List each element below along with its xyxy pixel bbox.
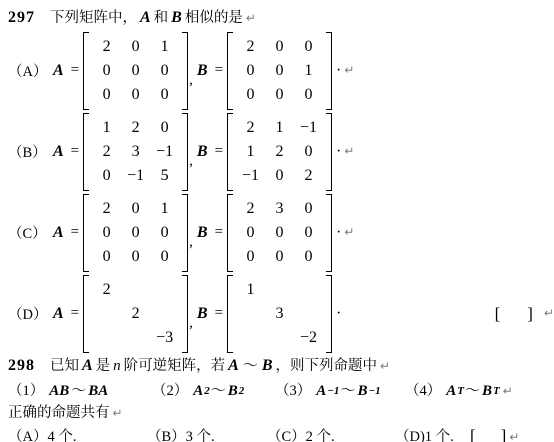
matrix-cell: 0 (121, 245, 150, 269)
matrix-cell (294, 302, 323, 326)
proposition-label: （1） (8, 379, 44, 400)
matrix-a: 12023−10−15 (83, 113, 188, 191)
matrix-b: 13−2 (227, 275, 332, 353)
matrix-cell: 0 (294, 197, 323, 221)
matrix-cell: 0 (265, 59, 294, 83)
variable-a: A (53, 143, 64, 161)
equals-sign: = (71, 224, 79, 241)
equals-sign: = (71, 62, 79, 79)
option-row-a: （A） A = 201000000 , B = 200001000 · ↵ (8, 30, 554, 111)
paragraph-mark-icon: ↵ (246, 11, 256, 26)
variable-a: A (53, 224, 64, 242)
matrix-cell: 3 (121, 140, 150, 164)
option-label: （C） (8, 222, 50, 243)
matrix-a: 201000000 (83, 194, 188, 272)
matrix-cell: 0 (92, 59, 121, 83)
math-term: A (193, 383, 203, 400)
answer-box-close: ] (527, 304, 533, 323)
math-term: AB (49, 383, 69, 400)
answer-box-close: ] (501, 426, 507, 442)
variable-b: B (262, 357, 273, 375)
math-term: B (482, 383, 492, 400)
stem-text: 下列矩阵中， (50, 6, 137, 27)
option-row-c: （C） A = 201000000 , B = 230000000 · ↵ (8, 192, 554, 273)
stem-text: ，则下列命题中 (276, 354, 378, 375)
period-mark: · (336, 305, 341, 323)
matrix-bracket-right (326, 32, 332, 110)
matrix-cell: 0 (265, 164, 294, 188)
stem-text: 相似的是 (185, 6, 243, 27)
variable-a: A (82, 357, 93, 375)
matrix-grid: 13−2 (233, 275, 326, 353)
option-row-b: （B） A = 12023−10−15 , B = 21−1120−102 · … (8, 111, 554, 192)
similarity-tilde: ～ (340, 379, 355, 400)
superscript: 2 (204, 385, 210, 397)
matrix-cell: 1 (150, 197, 179, 221)
superscript: 2 (239, 385, 245, 397)
matrix-cell (236, 302, 265, 326)
matrix-cell: 2 (294, 164, 323, 188)
matrix-cell: 0 (294, 140, 323, 164)
math-term: B (228, 383, 238, 400)
matrix-cell: 2 (236, 116, 265, 140)
variable-b: B (197, 305, 208, 323)
matrix-cell (92, 326, 121, 350)
answer-box: [] (470, 426, 506, 442)
variable-a: A (228, 357, 239, 375)
matrix-cell: 0 (150, 83, 179, 107)
matrix-grid: 230000000 (233, 194, 326, 272)
option-label: （D） (8, 303, 50, 324)
matrix-cell: 3 (265, 302, 294, 326)
matrix-cell: 2 (265, 140, 294, 164)
matrix-cell: 0 (265, 245, 294, 269)
matrix-cell: 0 (150, 245, 179, 269)
matrix-grid: 22−3 (89, 275, 182, 353)
variable-b: B (197, 143, 208, 161)
matrix-cell: 1 (92, 116, 121, 140)
math-term: A (316, 383, 326, 400)
matrix-bracket-right (326, 275, 332, 353)
equals-sign: = (215, 62, 223, 79)
equals-sign: = (215, 224, 223, 241)
question-298-followup: 正确的命题共有 ↵ (8, 401, 554, 421)
matrix-cell: 0 (121, 59, 150, 83)
matrix-bracket-right (326, 113, 332, 191)
answer-box: [] (495, 304, 533, 324)
similarity-tilde: ～ (211, 379, 226, 400)
matrix-bracket-right (182, 113, 188, 191)
matrix-cell: 0 (92, 221, 121, 245)
matrix-cell: 2 (92, 278, 121, 302)
variable-a: A (53, 305, 64, 323)
matrix-cell: 0 (236, 83, 265, 107)
option-row-d: （D） A = 22−3 , B = 13−2 · [] ↵ (8, 273, 554, 354)
period-mark: · (336, 143, 341, 161)
answer-choice-d: （D)1 个. (395, 425, 470, 442)
matrix-cell: 0 (236, 245, 265, 269)
comma-separator: , (189, 315, 193, 354)
matrix-cell: −1 (121, 164, 150, 188)
answer-box-open: [ (495, 304, 501, 323)
matrix-cell: 2 (121, 116, 150, 140)
matrix-bracket-right (326, 194, 332, 272)
matrix-cell: 3 (265, 197, 294, 221)
matrix-cell: 1 (294, 59, 323, 83)
matrix-cell: 2 (92, 140, 121, 164)
matrix-cell (236, 326, 265, 350)
comma-separator: , (189, 234, 193, 273)
matrix-grid: 201000000 (89, 32, 182, 110)
matrix-cell: 0 (150, 116, 179, 140)
matrix-cell: 0 (92, 245, 121, 269)
matrix-cell: 0 (121, 221, 150, 245)
matrix-cell: 1 (236, 140, 265, 164)
matrix-a: 22−3 (83, 275, 188, 353)
matrix-b: 230000000 (227, 194, 332, 272)
followup-text: 正确的命题共有 (8, 401, 110, 422)
matrix-cell: 0 (236, 221, 265, 245)
comma-separator: , (189, 153, 193, 192)
paragraph-mark-icon: ↵ (344, 144, 354, 159)
matrix-cell: 1 (236, 278, 265, 302)
superscript: −1 (327, 385, 339, 397)
matrix-cell (121, 326, 150, 350)
variable-n: n (113, 358, 121, 375)
proposition-2: （2） A2 ～ B2 (152, 379, 275, 400)
similarity-tilde: ～ (243, 354, 258, 375)
math-term: BA (88, 383, 108, 400)
variable-b: B (197, 224, 208, 242)
document-page: 297 下列矩阵中， A 和 B 相似的是 ↵ （A） A = 20100000… (0, 0, 554, 442)
question-297-stem: 297 下列矩阵中， A 和 B 相似的是 ↵ (8, 6, 554, 30)
question-number: 297 (8, 9, 35, 27)
matrix-cell: 0 (294, 221, 323, 245)
stem-text: 已知 (50, 354, 79, 375)
option-label: （A） (8, 60, 50, 81)
paragraph-mark-icon: ↵ (113, 406, 123, 421)
equals-sign: = (215, 143, 223, 160)
matrix-b: 200001000 (227, 32, 332, 110)
matrix-cell: 0 (265, 221, 294, 245)
matrix-cell (265, 278, 294, 302)
paragraph-mark-icon: ↵ (344, 225, 354, 240)
matrix-cell: 2 (92, 35, 121, 59)
matrix-grid: 201000000 (89, 194, 182, 272)
matrix-b: 21−1120−102 (227, 113, 332, 191)
propositions-row: （1） AB ～ BA （2） A2 ～ B2 （3） A−1 ～ B−1 （4… (8, 379, 554, 401)
matrix-cell: 1 (150, 35, 179, 59)
matrix-cell (294, 278, 323, 302)
matrix-cell: 2 (236, 197, 265, 221)
matrix-bracket-right (182, 275, 188, 353)
matrix-cell: 2 (236, 35, 265, 59)
matrix-cell: 0 (150, 59, 179, 83)
proposition-1: （1） AB ～ BA (8, 379, 152, 400)
matrix-a: 201000000 (83, 32, 188, 110)
proposition-label: （2） (152, 379, 188, 400)
matrix-cell: 1 (265, 116, 294, 140)
variable-a: A (140, 9, 151, 27)
answer-choices-row: （A）4 个. （B）3 个. （C）2 个. （D)1 个. [] ↵ (8, 425, 554, 442)
stem-text: 是 (96, 354, 111, 375)
matrix-cell (121, 278, 150, 302)
similarity-tilde: ～ (465, 379, 480, 400)
matrix-cell: 0 (121, 197, 150, 221)
matrix-cell (150, 302, 179, 326)
variable-b: B (197, 62, 208, 80)
matrix-cell: 0 (92, 164, 121, 188)
paragraph-mark-icon: ↵ (544, 306, 554, 321)
proposition-label: （3） (275, 379, 311, 400)
matrix-cell: −3 (150, 326, 179, 350)
paragraph-mark-icon: ↵ (509, 430, 519, 442)
matrix-cell: −2 (294, 326, 323, 350)
superscript: −1 (368, 385, 380, 397)
paragraph-mark-icon: ↵ (380, 359, 390, 374)
equals-sign: = (71, 305, 79, 322)
matrix-grid: 12023−10−15 (89, 113, 182, 191)
matrix-cell: 0 (236, 59, 265, 83)
equals-sign: = (71, 143, 79, 160)
equals-sign: = (215, 305, 223, 322)
similarity-tilde: ～ (71, 379, 86, 400)
paragraph-mark-icon: ↵ (503, 384, 513, 399)
matrix-cell: 0 (121, 83, 150, 107)
math-term: A (446, 383, 456, 400)
matrix-cell (150, 278, 179, 302)
matrix-grid: 200001000 (233, 32, 326, 110)
matrix-bracket-right (182, 194, 188, 272)
answer-choice-c: （C）2 个. (267, 425, 395, 442)
period-mark: · (336, 224, 341, 242)
matrix-cell: −1 (236, 164, 265, 188)
option-label: （B） (8, 141, 50, 162)
matrix-cell: 0 (294, 35, 323, 59)
matrix-cell (265, 326, 294, 350)
matrix-cell: 0 (92, 83, 121, 107)
question-298-stem: 298 已知 A 是 n 阶可逆矩阵，若 A ～ B ，则下列命题中 ↵ (8, 354, 554, 378)
variable-a: A (53, 62, 64, 80)
matrix-cell: 2 (92, 197, 121, 221)
period-mark: · (336, 62, 341, 80)
comma-separator: , (189, 72, 193, 111)
matrix-cell: 0 (265, 83, 294, 107)
matrix-cell: 0 (294, 245, 323, 269)
matrix-bracket-right (182, 32, 188, 110)
proposition-3: （3） A−1 ～ B−1 (275, 379, 405, 400)
matrix-cell: 0 (121, 35, 150, 59)
superscript: T (457, 385, 464, 397)
matrix-cell: 5 (150, 164, 179, 188)
variable-b: B (171, 9, 182, 27)
stem-text: 和 (154, 6, 169, 27)
matrix-cell: 0 (150, 221, 179, 245)
matrix-cell: −1 (150, 140, 179, 164)
matrix-grid: 21−1120−102 (233, 113, 326, 191)
matrix-cell: 0 (265, 35, 294, 59)
math-term: B (357, 383, 367, 400)
answer-choice-a: （A）4 个. (8, 425, 147, 442)
answer-choice-b: （B）3 个. (147, 425, 267, 442)
matrix-cell: 2 (121, 302, 150, 326)
paragraph-mark-icon: ↵ (344, 63, 354, 78)
question-number: 298 (8, 357, 35, 375)
proposition-4: （4） AT ～ BT (405, 379, 500, 400)
superscript: T (493, 385, 500, 397)
proposition-label: （4） (405, 379, 441, 400)
matrix-cell (92, 302, 121, 326)
stem-text: 阶可逆矩阵，若 (124, 354, 226, 375)
matrix-cell: −1 (294, 116, 323, 140)
answer-box-open: [ (470, 426, 476, 442)
matrix-cell: 0 (294, 83, 323, 107)
